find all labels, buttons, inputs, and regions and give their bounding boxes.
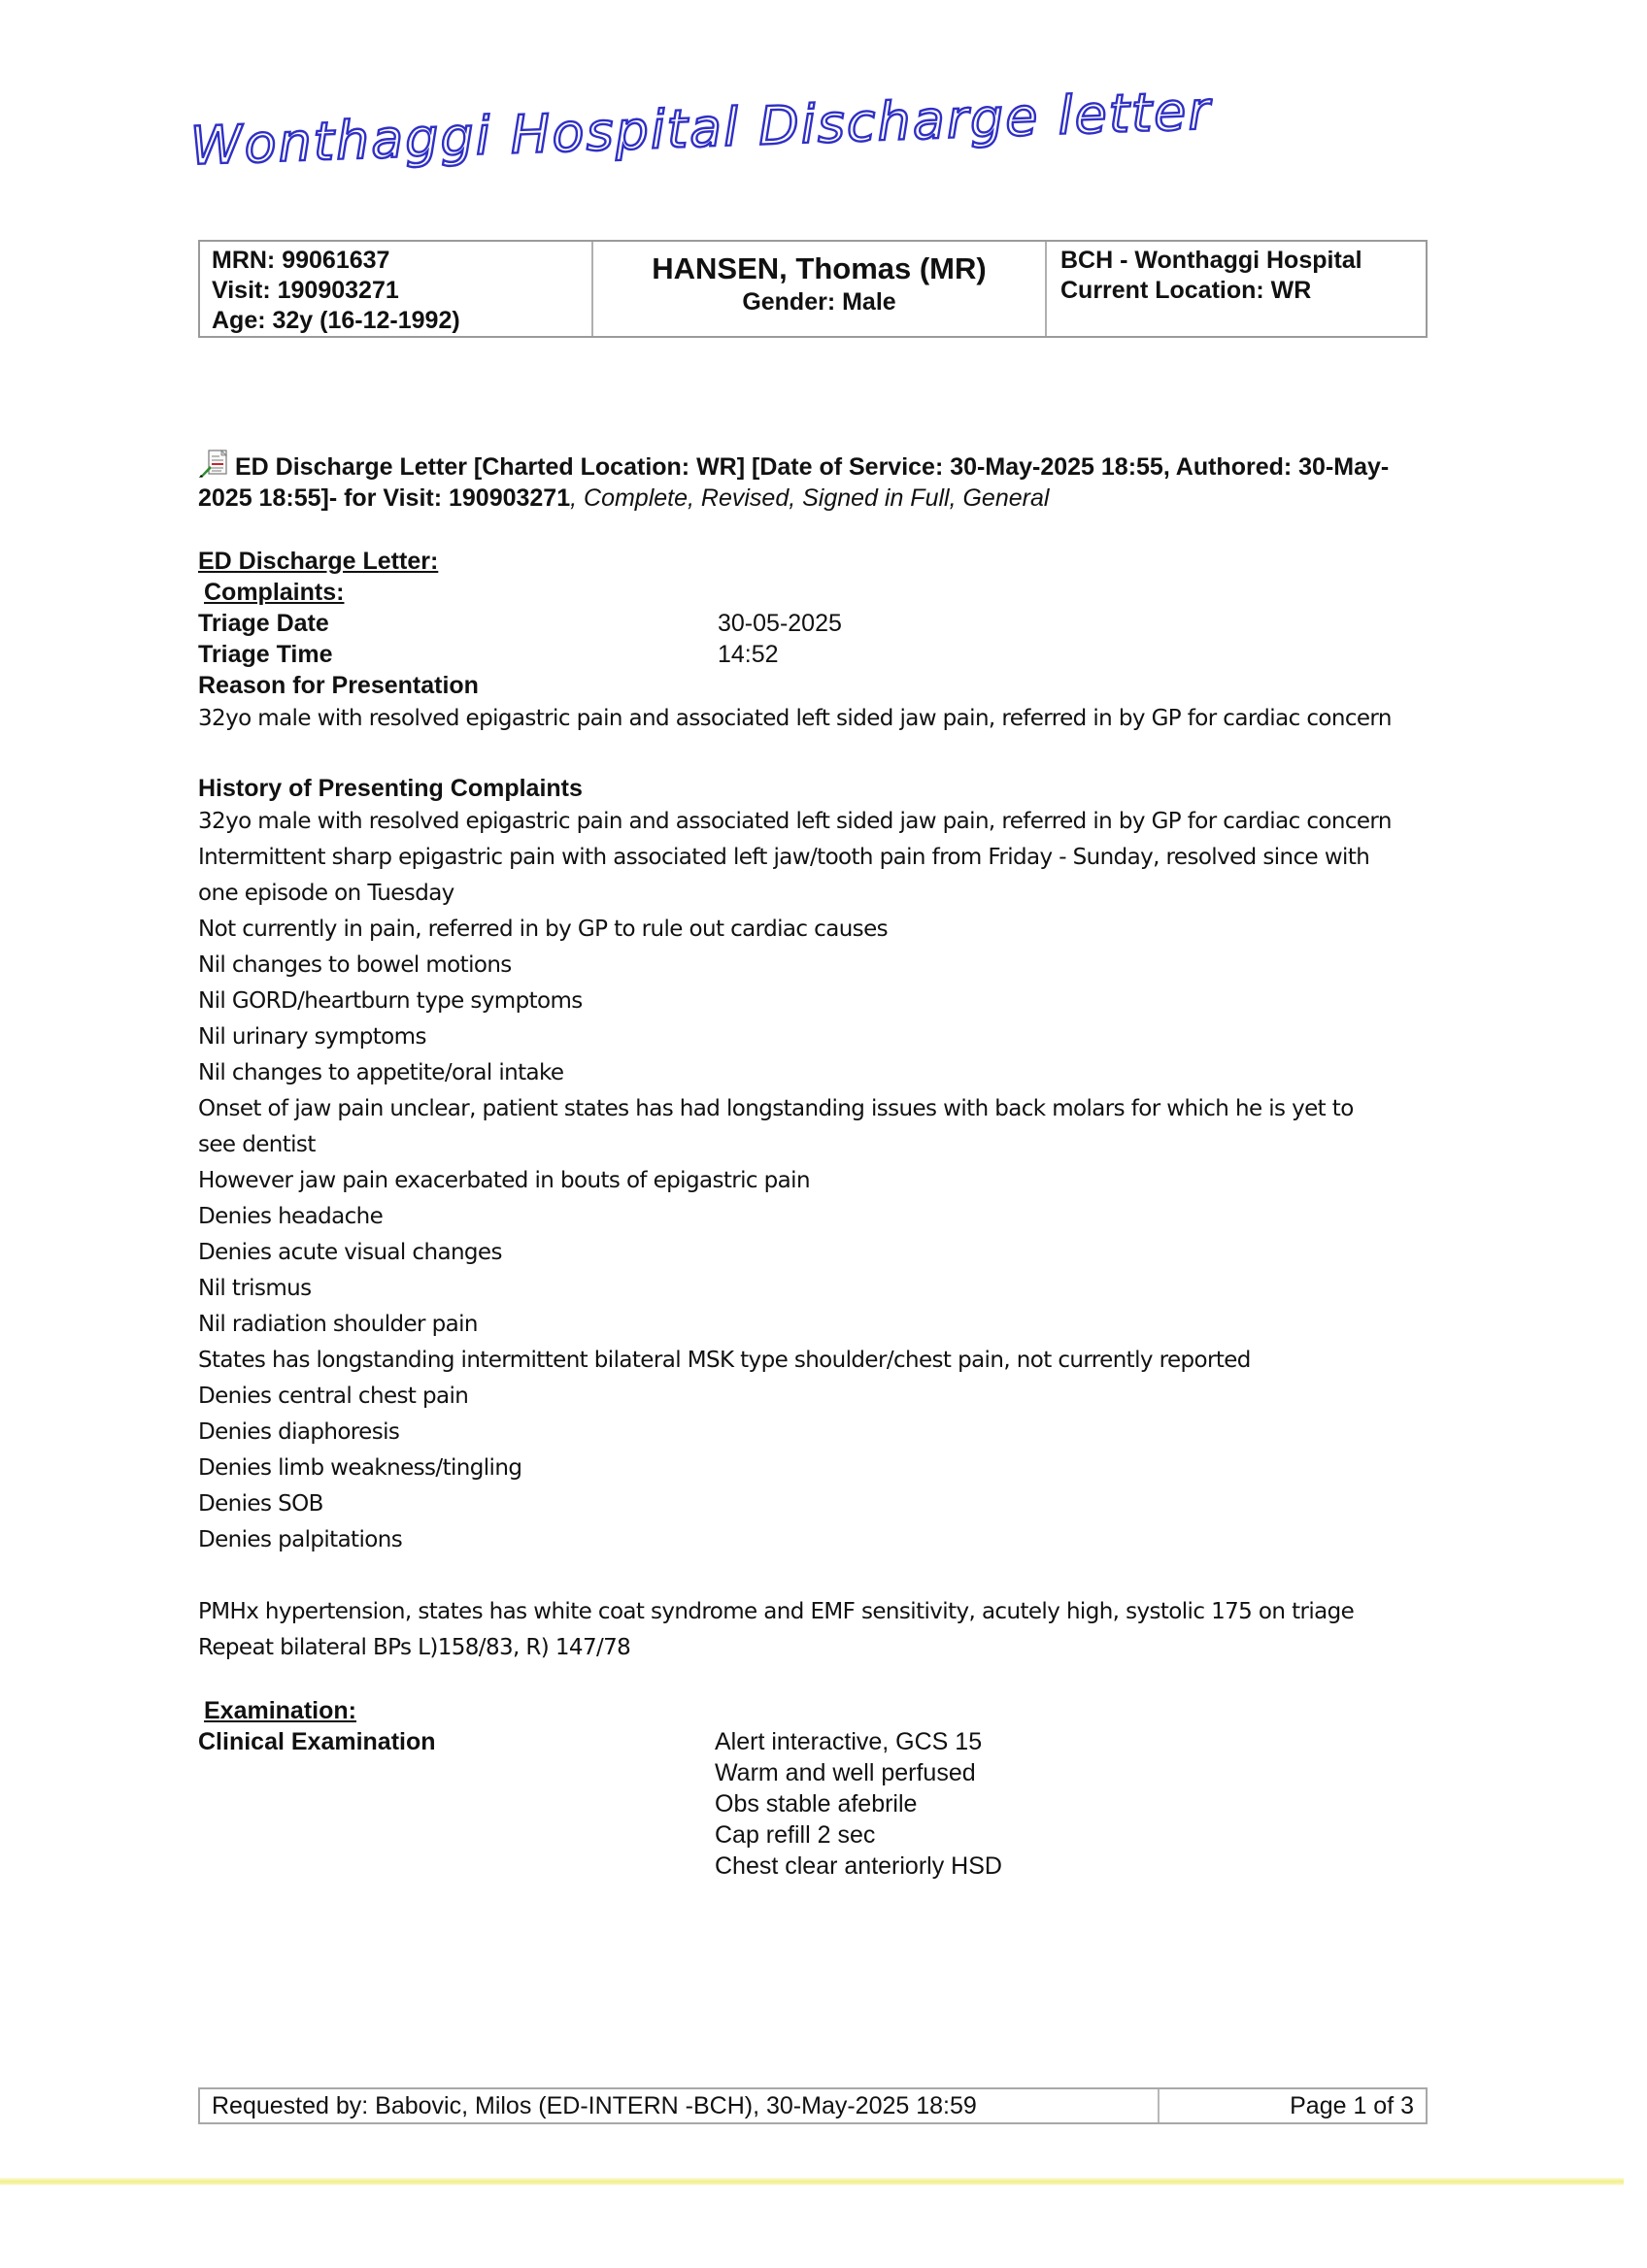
hpc-line: Denies SOB (198, 1486, 1393, 1522)
facility-name: BCH - Wonthaggi Hospital (1060, 246, 1414, 276)
patient-name-cell: HANSEN, Thomas (MR) Gender: Male (591, 242, 1045, 336)
hpc-list: 32yo male with resolved epigastric pain … (198, 804, 1393, 1558)
patient-age: Age: 32y (16-12-1992) (212, 306, 580, 336)
reason-label: Reason for Presentation (198, 670, 1393, 701)
hpc-line: States has longstanding intermittent bil… (198, 1343, 1393, 1379)
patient-gender: Gender: Male (605, 288, 1033, 316)
scan-artifact-strip (0, 2178, 1624, 2185)
hpc-line: Not currently in pain, referred in by GP… (198, 912, 1393, 948)
hpc-line: Nil changes to bowel motions (198, 948, 1393, 984)
facility-cell: BCH - Wonthaggi Hospital Current Locatio… (1045, 242, 1426, 336)
hpc-line: Denies acute visual changes (198, 1235, 1393, 1271)
triage-time-label: Triage Time (198, 639, 718, 670)
requested-by: Requested by: Babovic, Milos (ED-INTERN … (200, 2089, 1158, 2122)
triage-date-value: 30-05-2025 (718, 608, 842, 639)
exam-finding: Cap refill 2 sec (715, 1819, 1002, 1851)
hpc-line: Nil trismus (198, 1271, 1393, 1307)
hpc-line: Nil changes to appetite/oral intake (198, 1055, 1393, 1091)
complaints-title: Complaints: (198, 577, 1393, 608)
exam-finding: Warm and well perfused (715, 1757, 1002, 1788)
exam-finding: Chest clear anteriorly HSD (715, 1851, 1002, 1882)
document-body: ED Discharge Letter [Charted Location: W… (198, 450, 1393, 1882)
triage-date-label: Triage Date (198, 608, 718, 639)
exam-finding: Alert interactive, GCS 15 (715, 1726, 1002, 1757)
pmhx-line: PMHx hypertension, states has white coat… (198, 1594, 1393, 1630)
clinical-exam-findings: Alert interactive, GCS 15Warm and well p… (715, 1726, 1002, 1882)
handwritten-text: Wonthaggi Hospital Discharge letter (189, 80, 1213, 175)
reason-line: 32yo male with resolved epigastric pain … (198, 701, 1393, 737)
pmhx-list: PMHx hypertension, states has white coat… (198, 1594, 1393, 1666)
hpc-line: Denies limb weakness/tingling (198, 1451, 1393, 1486)
letter-title: ED Discharge Letter: (198, 546, 1393, 577)
triage-time-row: Triage Time 14:52 (198, 639, 1393, 670)
exam-finding: Obs stable afebrile (715, 1788, 1002, 1819)
hpc-line: Intermittent sharp epigastric pain with … (198, 840, 1393, 912)
visit-number: Visit: 190903271 (212, 276, 580, 306)
hpc-line: Onset of jaw pain unclear, patient state… (198, 1091, 1393, 1163)
hpc-line: Denies diaphoresis (198, 1415, 1393, 1451)
document-note-icon (198, 450, 231, 479)
hpc-line: However jaw pain exacerbated in bouts of… (198, 1163, 1393, 1199)
hpc-line: Denies headache (198, 1199, 1393, 1235)
reason-text: 32yo male with resolved epigastric pain … (198, 701, 1393, 737)
triage-time-value: 14:52 (718, 639, 779, 670)
hpc-line: Nil GORD/heartburn type symptoms (198, 984, 1393, 1019)
clinical-exam-label: Clinical Examination (198, 1726, 715, 1882)
page-footer: Requested by: Babovic, Milos (ED-INTERN … (198, 2087, 1428, 2124)
pmhx-line: Repeat bilateral BPs L)158/83, R) 147/78 (198, 1630, 1393, 1666)
patient-banner: MRN: 99061637 Visit: 190903271 Age: 32y … (198, 240, 1428, 338)
patient-identifiers: MRN: 99061637 Visit: 190903271 Age: 32y … (200, 242, 591, 336)
triage-date-row: Triage Date 30-05-2025 (198, 608, 1393, 639)
document-header: ED Discharge Letter [Charted Location: W… (198, 450, 1393, 514)
examination-title: Examination: (198, 1695, 1393, 1726)
hpc-line: Nil urinary symptoms (198, 1019, 1393, 1055)
hpc-line: Nil radiation shoulder pain (198, 1307, 1393, 1343)
patient-name: HANSEN, Thomas (MR) (605, 250, 1033, 288)
hpc-line: Denies central chest pain (198, 1379, 1393, 1415)
document-status: , Complete, Revised, Signed in Full, Gen… (570, 484, 1049, 512)
handwritten-annotation: Wonthaggi Hospital Discharge letter (185, 39, 1253, 175)
hpc-label: History of Presenting Complaints (198, 773, 1393, 804)
current-location: Current Location: WR (1060, 276, 1414, 306)
mrn: MRN: 99061637 (212, 246, 580, 276)
page-number: Page 1 of 3 (1158, 2089, 1426, 2122)
hpc-line: Denies palpitations (198, 1522, 1393, 1558)
hpc-line: 32yo male with resolved epigastric pain … (198, 804, 1393, 840)
clinical-exam-row: Clinical Examination Alert interactive, … (198, 1726, 1393, 1882)
